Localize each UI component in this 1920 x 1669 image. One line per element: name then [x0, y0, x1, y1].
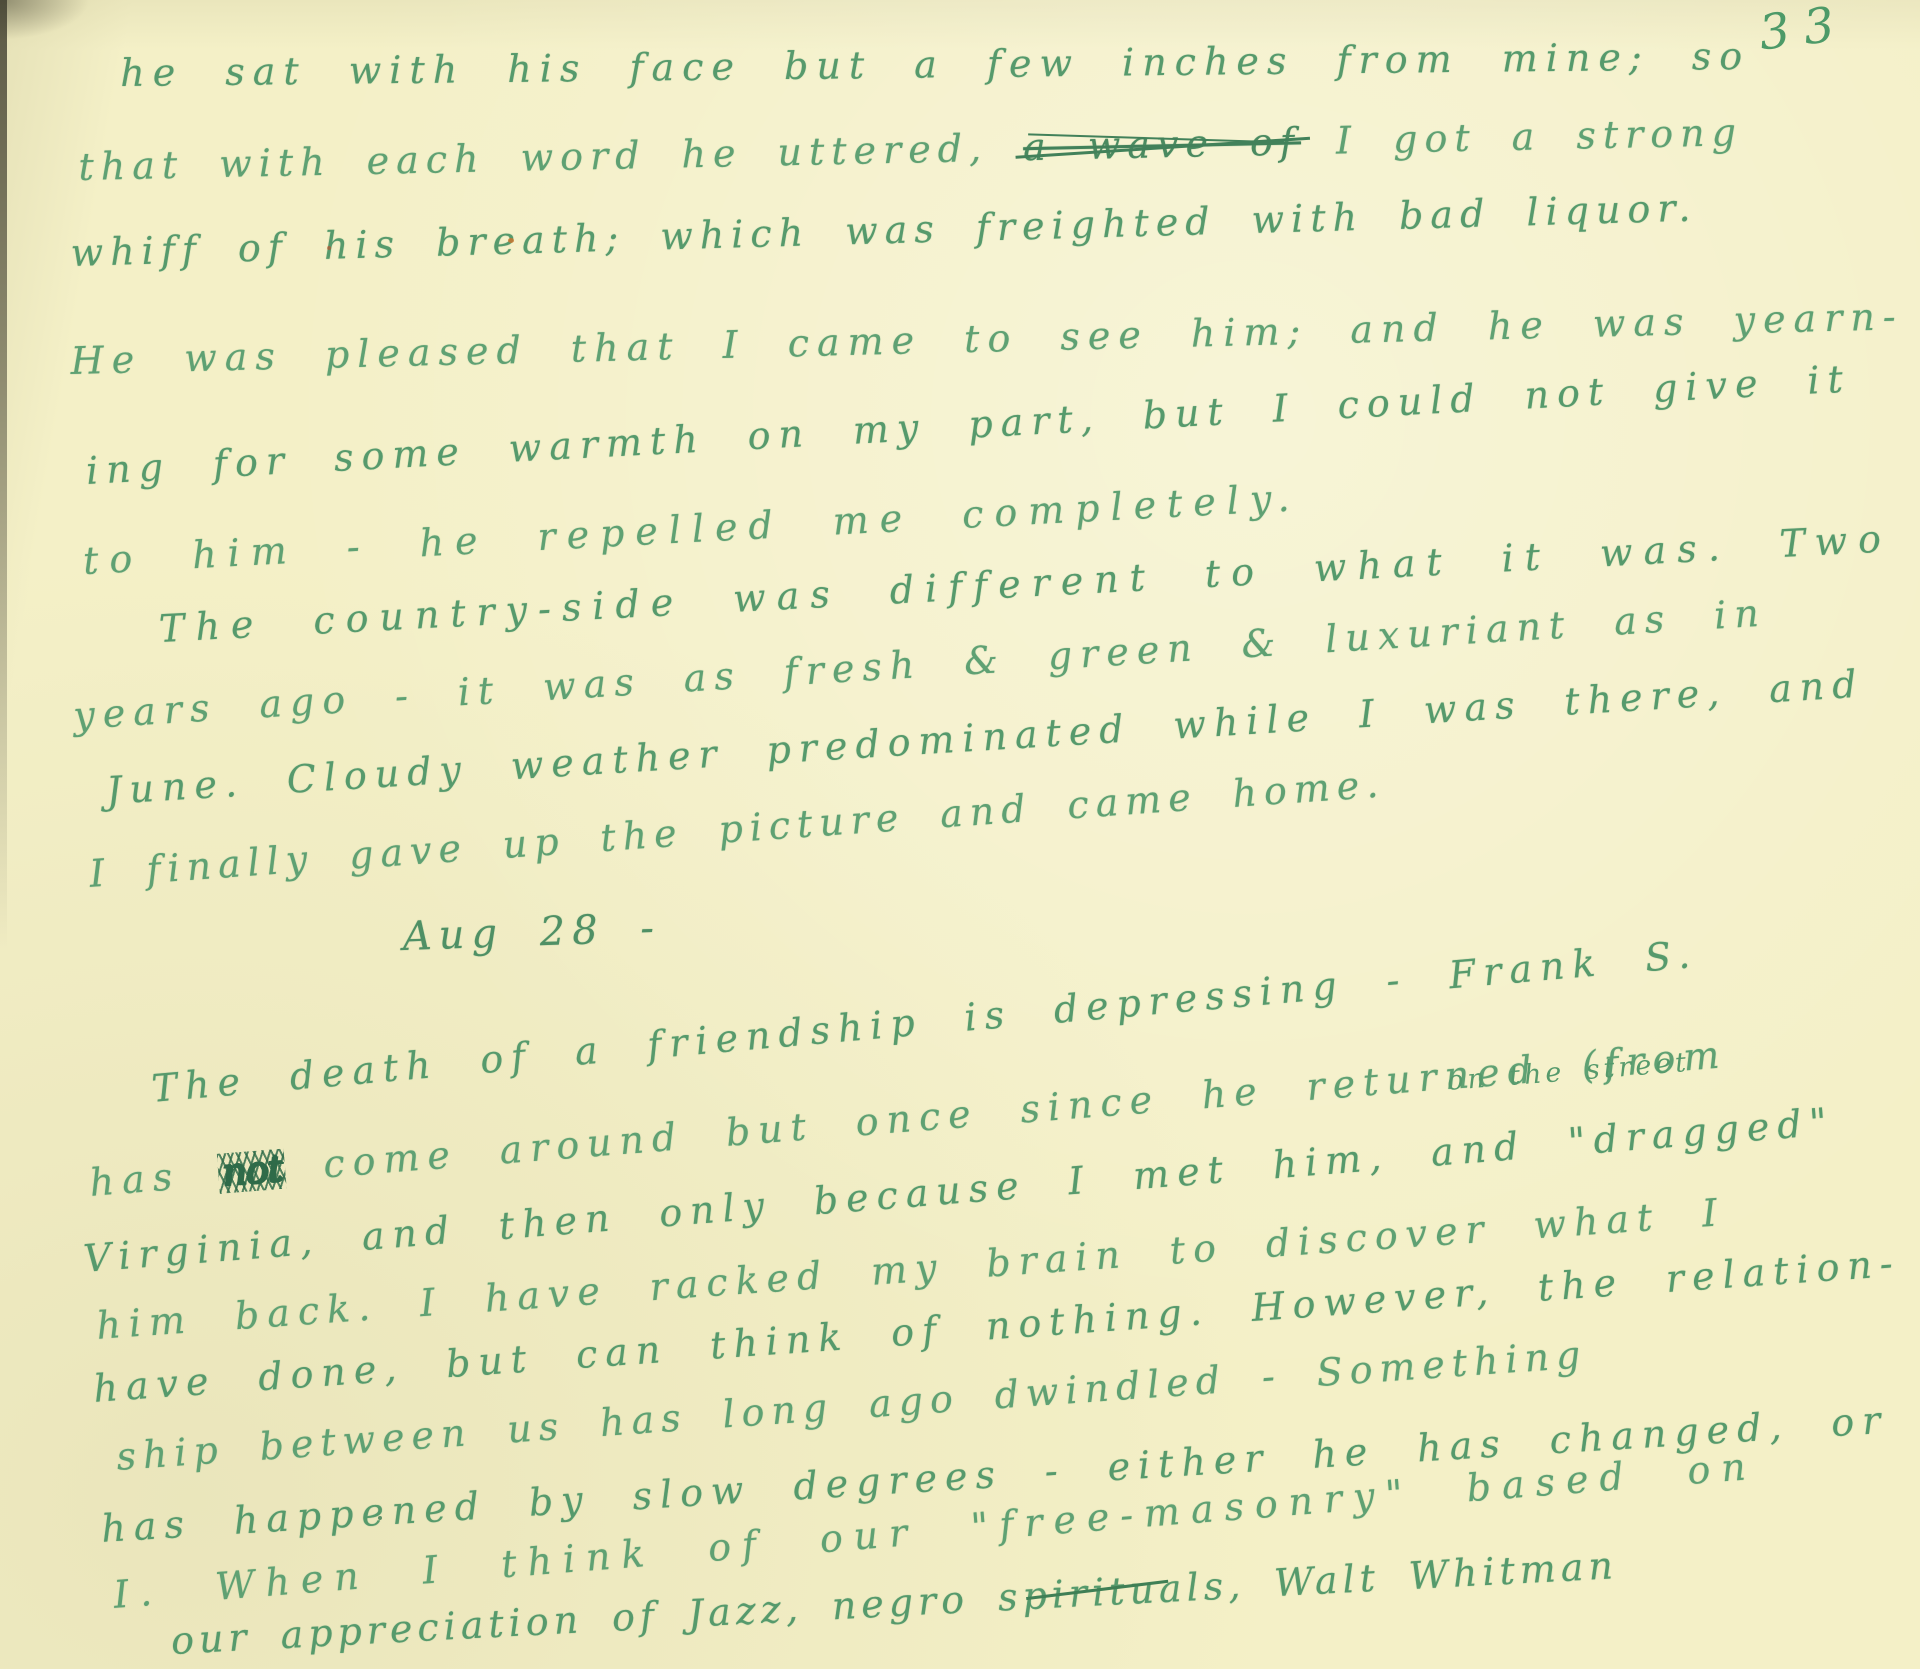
line-20-text-after: , Walt Whitman	[1227, 1543, 1619, 1607]
ink-speck	[327, 246, 331, 250]
scribbled-out-word: not	[220, 1146, 283, 1195]
line-2-text: that with each word he uttered,	[78, 125, 1024, 189]
date-heading: Aug 28 -	[402, 905, 662, 960]
handwritten-line-2: that with each word he uttered, a wave o…	[78, 111, 1743, 190]
struck-out-phrase: a wave of	[1023, 119, 1302, 169]
journal-page: 33 he sat with his face but a few inches…	[0, 0, 1920, 1669]
paper-corner-shadow	[0, 0, 90, 40]
page-number: 33	[1756, 0, 1851, 62]
ink-speck	[508, 238, 514, 243]
ink-speck	[378, 1516, 382, 1520]
handwritten-line-3: whiff of his breath; which was freighted…	[70, 187, 1698, 276]
line-13-text: has	[88, 1151, 224, 1205]
handwritten-line-5: ing for some warmth on my part, but I co…	[85, 358, 1852, 494]
paper-edge-shadow	[0, 0, 7, 950]
handwritten-line-1: he sat with his face but a few inches fr…	[120, 35, 1750, 96]
line-2-text-after: I got a strong	[1301, 110, 1744, 163]
corrected-word: spirituals	[997, 1564, 1229, 1620]
